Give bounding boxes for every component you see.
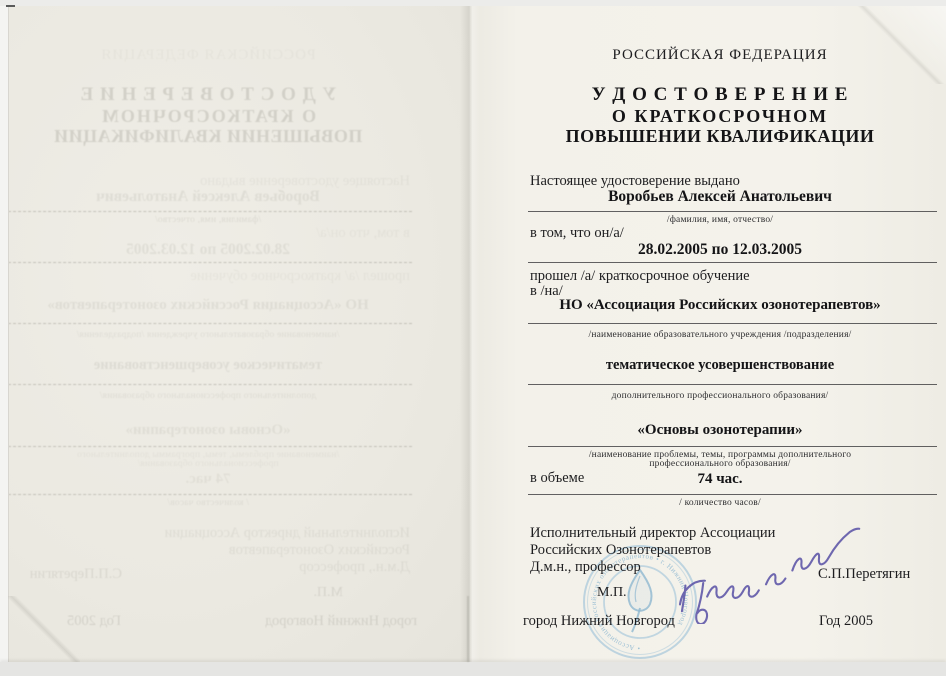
institution-underline (528, 323, 937, 324)
ghost-seal-mark: М.П. (313, 585, 343, 600)
ghost-title-line3: ПОВЫШЕНИИ КВАЛИФИКАЦИИ (4, 127, 412, 147)
paper-crease-bottom-left (8, 596, 80, 662)
ghost-title-line1: У Д О С Т О В Е Р Е Н И Е (4, 85, 412, 106)
signature-ink (648, 524, 883, 624)
ghost-program-caption: дополнительного профессионального образо… (4, 391, 412, 401)
institution-name: НО «Ассоциация Российских озонотерапевто… (505, 297, 935, 314)
hours-value: 74 час. (505, 471, 935, 488)
seal-mark-label: М.П. (597, 585, 627, 600)
ghost-clause-that: в том, что он/а/ (316, 226, 410, 242)
ghost-line (3, 446, 412, 447)
ghost-line (3, 211, 412, 212)
ghost-line (3, 262, 412, 263)
scanner-edge-top (0, 0, 946, 6)
program-caption: дополнительного профессионального образо… (505, 391, 935, 401)
scanner-edge-bottom (0, 662, 946, 676)
director-title-line3: Д.м.н., профессор (530, 560, 641, 576)
ghost-program-type: тематическое усовершенствование (4, 358, 412, 374)
scanner-edge-left (0, 0, 9, 676)
ghost-course-title: «Основы озонотерапии» (4, 422, 412, 439)
course-title: «Основы озонотерапии» (505, 422, 935, 439)
certificate-title-line3: ПОВЫШЕНИИ КВАЛИФИКАЦИИ (505, 127, 935, 147)
country-header: РОССИЙСКАЯ ФЕДЕРАЦИЯ (505, 47, 935, 64)
paper-crease-top-right (856, 6, 946, 84)
ghost-line (3, 384, 412, 385)
ghost-holder-name: Воробьев Алексей Анатольевич (4, 188, 412, 205)
ghost-title-line2: О КРАТКОСРОЧНОМ (4, 107, 412, 127)
hours-underline (528, 494, 937, 495)
ghost-line (3, 323, 412, 324)
ghost-period: 28.02.2005 по 12.03.2005 (4, 241, 412, 258)
ghost-director-name: С.П.Перетягин (30, 567, 122, 583)
ghost-director-line3: Д.м.н., профессор (299, 560, 410, 576)
course-caption-line2: профессионального образования/ (505, 459, 935, 469)
period-value: 28.02.2005 по 12.03.2005 (505, 241, 935, 258)
ghost-course-caption2: профессионального образования/ (4, 459, 412, 469)
certificate-title-line1: У Д О С Т О В Е Р Е Н И Е (505, 85, 935, 106)
ghost-line (3, 494, 412, 495)
fold-crease-bottom (467, 596, 469, 662)
ghost-institution: НО «Ассоциация Российских озонотерапевто… (4, 297, 412, 314)
name-caption: /фамилия, имя, отчество/ (505, 215, 935, 225)
ghost-director-line2: Российских Озонотерапевтов (229, 543, 410, 559)
ghost-institution-caption: /наименование образовательного учреждени… (4, 330, 412, 340)
certificate-scan: РОССИЙСКАЯ ФЕДЕРАЦИЯ У Д О С Т О В Е Р Е… (0, 0, 946, 676)
course-underline (528, 446, 937, 447)
ghost-city: город Нижний Новгород (265, 614, 417, 630)
period-underline (528, 262, 937, 263)
name-underline (528, 211, 937, 212)
program-type: тематическое усовершенствование (505, 358, 935, 374)
ghost-hours-caption: / количество часов/ (4, 498, 412, 508)
ghost-clause-training: прошел /а/ краткосрочное обучение (190, 269, 410, 285)
signature-stroke (673, 528, 869, 624)
scan-artifact-mark (6, 5, 15, 7)
institution-caption: /наименование образовательного учреждени… (505, 330, 935, 340)
bleed-through-layer: РОССИЙСКАЯ ФЕДЕРАЦИЯ У Д О С Т О В Е Р Е… (0, 0, 470, 676)
program-underline (528, 384, 937, 385)
clause-that: в том, что он/а/ (530, 226, 624, 242)
ghost-name-caption: /фамилия, имя, отчество/ (4, 215, 412, 225)
hours-caption: / количество часов/ (505, 498, 935, 508)
holder-name: Воробьев Алексей Анатольевич (505, 188, 935, 205)
ghost-country-header: РОССИЙСКАЯ ФЕДЕРАЦИЯ (4, 47, 412, 64)
ghost-director-line1: Исполнительный директор Ассоциации (165, 526, 410, 542)
ghost-hours: 74 час. (4, 471, 412, 488)
certificate-title-line2: О КРАТКОСРОЧНОМ (505, 107, 935, 127)
